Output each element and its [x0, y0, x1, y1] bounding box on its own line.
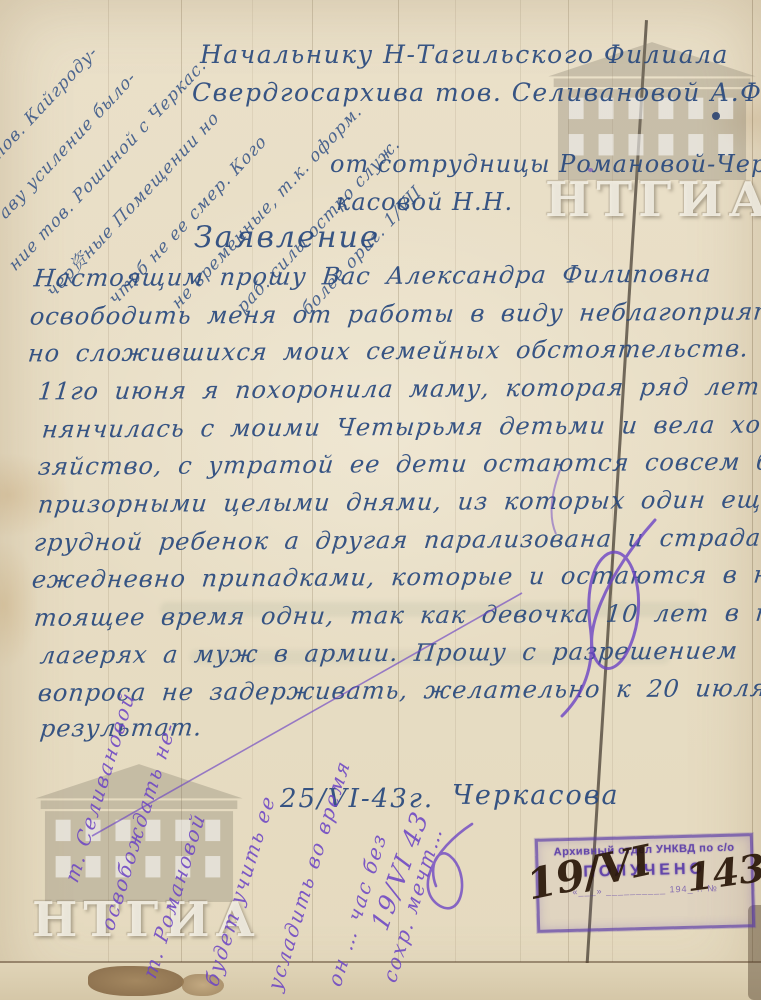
signature-name: Черкасова: [452, 780, 620, 811]
body-line: Настоящим прошу Вас Александра Филиповна: [33, 260, 713, 293]
body-line: тоящее время одни, так как девочка 10 ле…: [33, 598, 761, 632]
body-line: нянчилась с моими Четырьмя детьми и вела…: [41, 410, 761, 443]
body-line: ежедневно припадками, которые и остаются…: [31, 560, 761, 593]
watermark-label: НТГИА: [545, 172, 759, 228]
header-from-line: от сотрудницы Романовой-Чер-: [330, 150, 761, 178]
paper-crease: [455, 0, 456, 962]
paper-crease: [520, 0, 521, 962]
body-line: 11го июня я похоронила маму, которая ряд…: [37, 372, 761, 405]
header-addressee-line: Начальнику Н-Тагильского Филиала: [200, 40, 729, 69]
header-from-line: касовой Н.Н.: [336, 188, 513, 216]
body-line: но сложившихся моих семейных обстоятельс…: [27, 334, 751, 367]
body-line: зяйство, с утратой ее дети остаются совс…: [37, 447, 761, 480]
body-line: призорными целыми днями, из которых один…: [37, 485, 761, 518]
body-line: освободить меня от работы в виду неблаго…: [29, 297, 761, 330]
header-addressee-line: Свердгосархива тов. Селивановой А.Ф.: [192, 78, 761, 107]
body-line: вопроса не задерживать, желательно к 20 …: [37, 673, 761, 707]
document-page: НТГИА НТГИА тов. Кайгроду- аву усиление …: [0, 0, 761, 1000]
body-line: лагерях а муж в армии. Прошу с разрешени…: [39, 637, 740, 670]
body-line: грудной ребенок а другая парализована и …: [33, 523, 761, 556]
torn-edge: [88, 966, 184, 996]
ink-blot: [712, 112, 720, 120]
document-title: Заявление: [194, 220, 380, 255]
